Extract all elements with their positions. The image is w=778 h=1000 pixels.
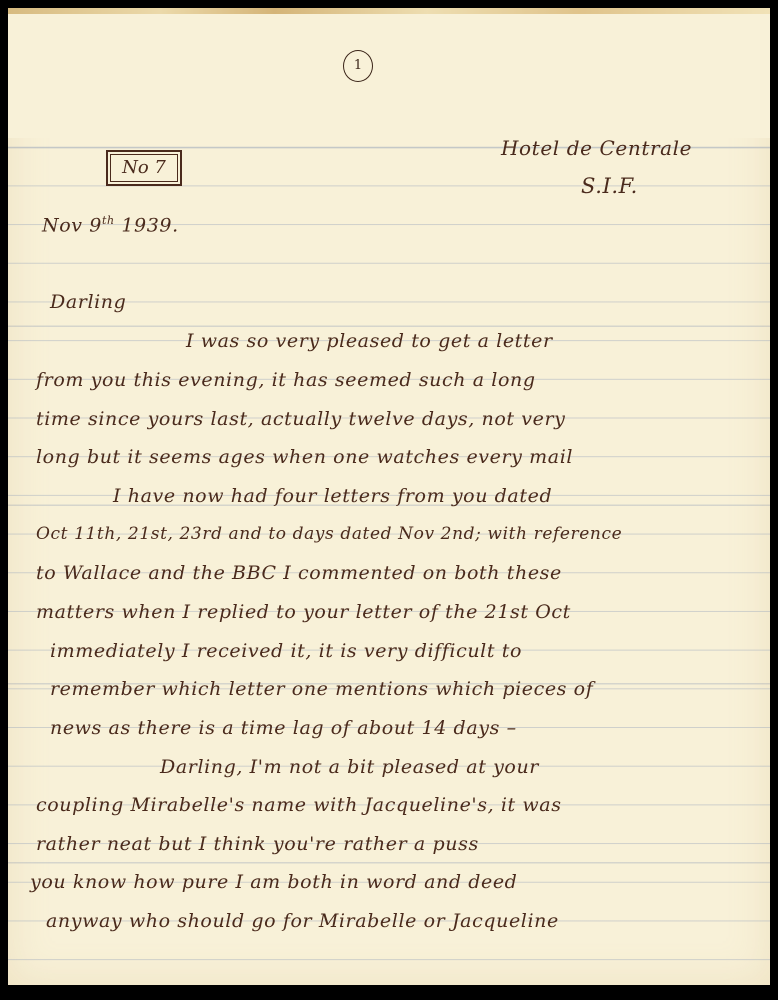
body-line: immediately I received it, it is very di… [50,640,522,662]
body-line: anyway who should go for Mirabelle or Ja… [46,910,559,932]
body-line: you know how pure I am both in word and … [30,871,517,893]
body-line: Darling, I'm not a bit pleased at your [160,756,539,778]
date-month: Nov [42,214,83,236]
address-line-1: Hotel de Centrale [501,136,692,160]
body-line: matters when I replied to your letter of… [36,601,571,623]
salutation: Darling [50,291,126,313]
body-line: from you this evening, it has seemed suc… [36,369,536,391]
body-line: I was so very pleased to get a letter [186,330,553,352]
body-line: to Wallace and the BBC I commented on bo… [36,562,562,584]
body-line: news as there is a time lag of about 14 … [50,717,517,739]
body-line: time since yours last, actually twelve d… [36,408,565,430]
address-line-2: S.I.F. [581,174,638,198]
letter-page: 1 No 7 Hotel de Centrale S.I.F. Nov 9th … [8,8,770,985]
date-day: 9 [89,214,102,236]
body-line: remember which letter one mentions which… [50,678,593,700]
page-number-circle: 1 [343,50,373,82]
body-line: coupling Mirabelle's name with Jacquelin… [36,794,562,816]
date-day-suffix: th [102,214,115,227]
header-blank-area [8,8,770,138]
body-line: long but it seems ages when one watches … [36,446,573,468]
body-line: Oct 11th, 21st, 23rd and to days dated N… [36,524,622,544]
body-line: I have now had four letters from you dat… [113,485,552,507]
paper-edge-stain [8,8,770,14]
letter-number-box: No 7 [106,150,182,186]
date-year: 1939. [121,214,178,236]
body-line: rather neat but I think you're rather a … [36,833,479,855]
letter-date: Nov 9th 1939. [42,214,179,236]
